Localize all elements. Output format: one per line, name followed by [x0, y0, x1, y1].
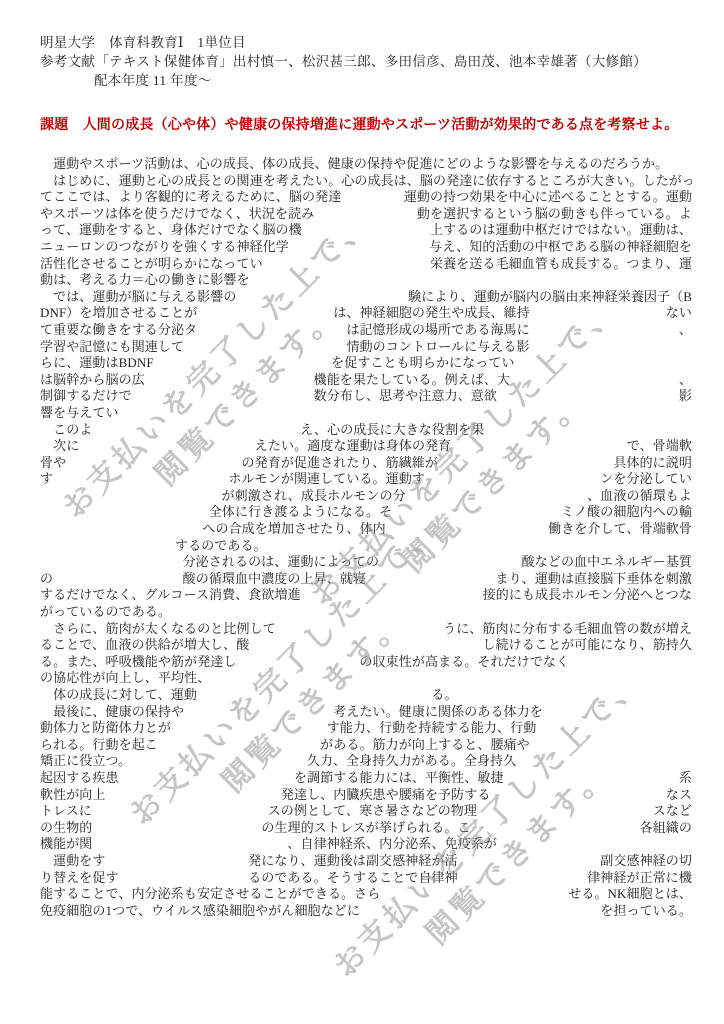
- text-fragment: す能力、行動を持続する能力、行動: [327, 720, 537, 737]
- essay-line: 学習や記憶にも関連して情動のコントロールに与える影: [40, 339, 692, 356]
- text-fragment: を調節する能力には、平衡性、敏捷: [294, 770, 504, 787]
- essay-line: がっているのである。: [40, 604, 692, 621]
- text-fragment: 矯正に役立つ。: [40, 753, 131, 770]
- text-fragment: って、運動をすると、身体だけでなく脳の機: [40, 222, 302, 239]
- text-fragment: DNF）を増加させることが: [40, 305, 197, 322]
- text-fragment: 免疫細胞の1つで、ウイルス感染細胞やがん細胞などに: [40, 903, 360, 920]
- text-fragment: 与え、知的活動の中枢である脳の神経細胞を: [429, 239, 692, 256]
- text-fragment: 運動やスポーツ活動は、心の成長、体の成長、健康の保持や促進にどのような影響を与え…: [40, 156, 668, 173]
- text-fragment: 動は、考える力＝心の働きに影響を: [40, 272, 250, 289]
- text-fragment: 活性化させることが明らかになってい: [40, 256, 263, 273]
- text-fragment: がある。筋力が向上すると、腰痛や: [320, 737, 530, 754]
- essay-line: の酸の循環血中濃度の上昇、就寝まり、運動は直接脳下垂体を刺激: [40, 571, 692, 588]
- text-fragment: 系: [679, 770, 692, 787]
- text-fragment: 各組織の: [640, 820, 692, 837]
- text-fragment: するだけでなく、グルコース消費、食欲増進: [40, 587, 301, 604]
- essay-line: 起因する疾患を調節する能力には、平衡性、敏捷系: [40, 770, 692, 787]
- document-header: 明星大学 体育科教育Ⅰ 1単位目 参考文献「テキスト保健体育」出村慎一、松沢甚三…: [40, 33, 692, 90]
- text-fragment: トレスに: [40, 803, 92, 820]
- essay-line: 体の成長に対して、運動る。: [40, 687, 692, 704]
- text-fragment: り替えを促す: [40, 870, 119, 887]
- text-fragment: 発達し、内臓疾患や腰痛を予防する: [281, 787, 491, 804]
- text-fragment: 軟性が向上: [40, 787, 106, 804]
- text-fragment: うに、筋肉に分布する毛細血管の数が増え: [443, 621, 692, 638]
- essay-line: トレスにスの例として、寒さ暑さなどの物理スなど: [40, 803, 692, 820]
- text-fragment: やスポーツは体を使うだけでなく、状況を読み: [40, 206, 314, 223]
- text-fragment: このよ: [40, 422, 92, 439]
- text-fragment: 動体力と防衛体力とが: [40, 720, 171, 737]
- text-fragment: 験により、運動が脳内の脳由来神経栄養因子（B: [408, 289, 692, 306]
- text-fragment: 学習や記憶にも関連して: [40, 339, 184, 356]
- text-fragment: 酸の循環血中濃度の上昇、就寝: [183, 571, 366, 588]
- text-fragment: 副交感神経の切: [600, 853, 692, 870]
- text-fragment: 運動の持つ効果を中心に述べることとする。運動: [404, 189, 692, 206]
- essay-line: 活性化させることが明らかになってい栄養を送る毛細血管も成長する。つまり、運: [40, 256, 692, 273]
- text-fragment: 、: [679, 372, 692, 389]
- essay-line: DNF）を増加させることがは、神経細胞の発生や成長、維持ない: [40, 305, 692, 322]
- text-fragment: の収束性が高まる。それだけでなく: [359, 654, 569, 671]
- essay-line: するだけでなく、グルコース消費、食欲増進接的にも成長ホルモン分泌へとつな: [40, 587, 692, 604]
- text-fragment: を担っている。: [600, 903, 692, 920]
- essay-line: 機能が関、自律神経系、内分泌系、免疫系が: [40, 836, 692, 853]
- text-fragment: ない: [666, 305, 692, 322]
- text-fragment: の発育が促進されたり、筋繊維が: [242, 455, 439, 472]
- essay-line: られる。行動を起こがある。筋力が向上すると、腰痛や: [40, 737, 692, 754]
- essay-line: の協応性が向上し、平均性、: [40, 670, 692, 687]
- essay-line: る。また、呼吸機能や筋が発達しの収束性が高まる。それだけでなく: [40, 654, 692, 671]
- essay-line: すホルモンが関連している。運動すンを分泌してい: [40, 471, 692, 488]
- essay-line: 矯正に役立つ。久力、全身持久力がある。全身持久: [40, 753, 692, 770]
- text-fragment: 運動をす: [40, 853, 106, 870]
- text-fragment: 機能が関: [40, 836, 92, 853]
- text-fragment: 最後に、健康の保持や: [40, 704, 184, 721]
- text-fragment: ることで、血液の供給が増大し、酸: [40, 637, 249, 654]
- essay-line: 運動やスポーツ活動は、心の成長、体の成長、健康の保持や促進にどのような影響を与え…: [40, 156, 692, 173]
- text-fragment: スなど: [653, 803, 692, 820]
- text-fragment: の生物的: [40, 820, 92, 837]
- text-fragment: 栄養を送る毛細血管も成長する。つまり、運: [430, 256, 692, 273]
- essay-line: このよえ、心の成長に大きな役割を果: [40, 422, 692, 439]
- text-fragment: 響を与えてい: [40, 405, 119, 422]
- text-fragment: 律神経が正常に機: [587, 870, 692, 887]
- essay-line: 響を与えてい: [40, 405, 692, 422]
- text-fragment: がっているのである。: [40, 604, 171, 621]
- text-fragment: ホルモンが関連している。運動す: [228, 471, 425, 488]
- essay-line: 最後に、健康の保持や考えたい。健康に関係のある体力を: [40, 704, 692, 721]
- text-fragment: は、神経細胞の発生や成長、維持: [333, 305, 530, 322]
- text-fragment: 、血液の循環もよ: [587, 488, 692, 505]
- text-fragment: 接的にも成長ホルモン分泌へとつな: [483, 587, 692, 604]
- text-fragment: はじめに、運動と心の成長との関連を考えたい。心の成長は、脳の発達に依存するところ…: [40, 173, 692, 190]
- text-fragment: 具体的に説明: [613, 455, 692, 472]
- essay-line: の生物的の生理的ストレスが挙げられる。こ各組織の: [40, 820, 692, 837]
- text-fragment: への合成を増加させたり、体内: [202, 521, 385, 538]
- text-fragment: の: [40, 571, 53, 588]
- essay-line: さらに、筋肉が太くなるのと比例してうに、筋肉に分布する毛細血管の数が増え: [40, 621, 692, 638]
- essay-body: 運動やスポーツ活動は、心の成長、体の成長、健康の保持や促進にどのような影響を与え…: [40, 156, 692, 919]
- text-fragment: 、: [679, 322, 692, 339]
- text-fragment: 影: [679, 388, 692, 405]
- edition-year-line: 配本年度 11 年度～: [40, 71, 692, 90]
- text-fragment: で、骨端軟: [627, 438, 692, 455]
- course-title: 明星大学 体育科教育Ⅰ 1単位目: [40, 33, 692, 52]
- essay-line: らに、運動はBDNFを促すことも明らかになってい: [40, 355, 692, 372]
- text-fragment: る。: [431, 687, 457, 704]
- text-fragment: 動を選択するという脳の動きも伴っている。よ: [417, 206, 692, 223]
- essay-line: てここでは、より客観的に考えるために、脳の発達運動の持つ効果を中心に述べることと…: [40, 189, 692, 206]
- text-fragment: は記憶形成の場所である海馬に: [346, 322, 529, 339]
- text-fragment: を促すことも明らかになってい: [331, 355, 514, 372]
- text-fragment: ミノ酸の細胞内への輸: [561, 504, 692, 521]
- text-fragment: 次に: [40, 438, 79, 455]
- essay-line: やスポーツは体を使うだけでなく、状況を読み動を選択するという脳の動きも伴っている…: [40, 206, 692, 223]
- text-fragment: え、心の成長に大きな役割を果: [300, 422, 484, 439]
- essay-line: 制御するだけで数分布し、思考や注意力、意欲影: [40, 388, 692, 405]
- text-fragment: 起因する疾患: [40, 770, 119, 787]
- text-fragment: るのである。そうすることで自律神: [248, 870, 458, 887]
- essay-line: 次にえたい。適度な運動は身体の発育で、骨端軟: [40, 438, 692, 455]
- text-fragment: 久力、全身持久力がある。全身持久: [307, 753, 517, 770]
- text-fragment: て重要な働きをする分泌タ: [40, 322, 197, 339]
- text-fragment: えたい。適度な運動は身体の発育: [255, 438, 452, 455]
- reference-line: 参考文献「テキスト保健体育」出村慎一、松沢甚三郎、多田信彦、島田茂、池本幸雄著（…: [40, 52, 692, 71]
- text-fragment: 骨や: [40, 455, 66, 472]
- essay-line: 免疫細胞の1つで、ウイルス感染細胞やがん細胞などにを担っている。: [40, 903, 692, 920]
- text-fragment: 制御するだけで: [40, 388, 132, 405]
- essay-line: ニューロンのつながりを強くする神経化学与え、知的活動の中枢である脳の神経細胞を: [40, 239, 692, 256]
- essay-line: て重要な働きをする分泌タは記憶形成の場所である海馬に、: [40, 322, 692, 339]
- essay-line: り替えを促するのである。そうすることで自律神律神経が正常に機: [40, 870, 692, 887]
- text-fragment: 上するのは運動中枢だけではない。運動は、: [430, 222, 692, 239]
- text-fragment: では、運動が脳に与える影響の: [40, 289, 237, 306]
- text-fragment: スの例として、寒さ暑さなどの物理: [268, 803, 477, 820]
- essay-line: ることで、血液の供給が増大し、酸し続けることが可能になり、筋持久: [40, 637, 692, 654]
- document-page: お支払いを完了した上で、閲覧できます。お支払いを完了した上で、閲覧できます。お支…: [0, 0, 724, 1024]
- text-fragment: ンを分泌してい: [600, 471, 692, 488]
- essay-line: 運動をす発になり、運動後は副交感神経が活副交感神経の切: [40, 853, 692, 870]
- text-fragment: られる。行動を起こ: [40, 737, 158, 754]
- essay-line: はじめに、運動と心の成長との関連を考えたい。心の成長は、脳の発達に依存するところ…: [40, 173, 692, 190]
- essay-line: って、運動をすると、身体だけでなく脳の機上するのは運動中枢だけではない。運動は、: [40, 222, 692, 239]
- text-fragment: ニューロンのつながりを強くする神経化学: [40, 239, 289, 256]
- text-fragment: するのである。: [175, 538, 267, 555]
- text-fragment: 、自律神経系、内分泌系、免疫系が: [287, 836, 497, 853]
- text-fragment: 働きを介して、骨端軟骨: [548, 521, 692, 538]
- essay-line: 能することで、内分泌系も安定させることができる。さらせる。NK細胞とは、: [40, 886, 692, 903]
- text-fragment: 分泌されるのは、運動によっての: [183, 554, 380, 571]
- essay-line: が刺激され、成長ホルモンの分、血液の循環もよ: [40, 488, 692, 505]
- text-fragment: す: [40, 471, 53, 488]
- text-fragment: は脳幹から脳の広: [40, 372, 145, 389]
- text-fragment: まり、運動は直接脳下垂体を刺激: [495, 571, 692, 588]
- text-fragment: し続けることが可能になり、筋持久: [482, 637, 692, 654]
- essay-line: への合成を増加させたり、体内働きを介して、骨端軟骨: [40, 521, 692, 538]
- essay-line: 軟性が向上発達し、内臓疾患や腰痛を予防するなス: [40, 787, 692, 804]
- text-fragment: 発になり、運動後は副交感神経が活: [248, 853, 458, 870]
- essay-line: 動は、考える力＝心の働きに影響を: [40, 272, 692, 289]
- text-fragment: の協応性が向上し、平均性、: [40, 670, 210, 687]
- text-fragment: 情動のコントロールに与える影: [346, 339, 529, 356]
- assignment-prompt: 課題 人間の成長（心や体）や健康の保持増進に運動やスポーツ活動が効果的である点を…: [40, 114, 692, 134]
- text-fragment: らに、運動はBDNF: [40, 355, 154, 372]
- text-fragment: 体の成長に対して、運動: [40, 687, 197, 704]
- text-fragment: 全体に行き渡るようになる。そ: [209, 504, 392, 521]
- text-fragment: 考えたい。健康に関係のある体力を: [333, 704, 543, 721]
- essay-line: 骨やの発育が促進されたり、筋繊維が具体的に説明: [40, 455, 692, 472]
- essay-line: では、運動が脳に与える影響の験により、運動が脳内の脳由来神経栄養因子（B: [40, 289, 692, 306]
- essay-line: 動体力と防衛体力とがす能力、行動を持続する能力、行動: [40, 720, 692, 737]
- text-fragment: の生理的ストレスが挙げられる。こ: [261, 820, 470, 837]
- essay-line: は脳幹から脳の広機能を果たしている。例えば、大、: [40, 372, 692, 389]
- text-fragment: てここでは、より客観的に考えるために、脳の発達: [40, 189, 341, 206]
- text-fragment: 能することで、内分泌系も安定させることができる。さら: [40, 886, 380, 903]
- text-fragment: さらに、筋肉が太くなるのと比例して: [40, 621, 276, 638]
- document-content: 明星大学 体育科教育Ⅰ 1単位目 参考文献「テキスト保健体育」出村慎一、松沢甚三…: [40, 33, 692, 919]
- text-fragment: なス: [666, 787, 692, 804]
- text-fragment: 機能を果たしている。例えば、大: [314, 372, 511, 389]
- essay-line: するのである。: [40, 538, 692, 555]
- text-fragment: せる。NK細胞とは、: [568, 886, 692, 903]
- text-fragment: 酸などの血中エネルギー基質: [522, 554, 692, 571]
- essay-line: 全体に行き渡るようになる。そミノ酸の細胞内への輸: [40, 504, 692, 521]
- essay-line: 分泌されるのは、運動によっての酸などの血中エネルギー基質: [40, 554, 692, 571]
- text-fragment: が刺激され、成長ホルモンの分: [222, 488, 406, 505]
- text-fragment: る。また、呼吸機能や筋が発達し: [40, 654, 237, 671]
- text-fragment: 数分布し、思考や注意力、意欲: [314, 388, 497, 405]
